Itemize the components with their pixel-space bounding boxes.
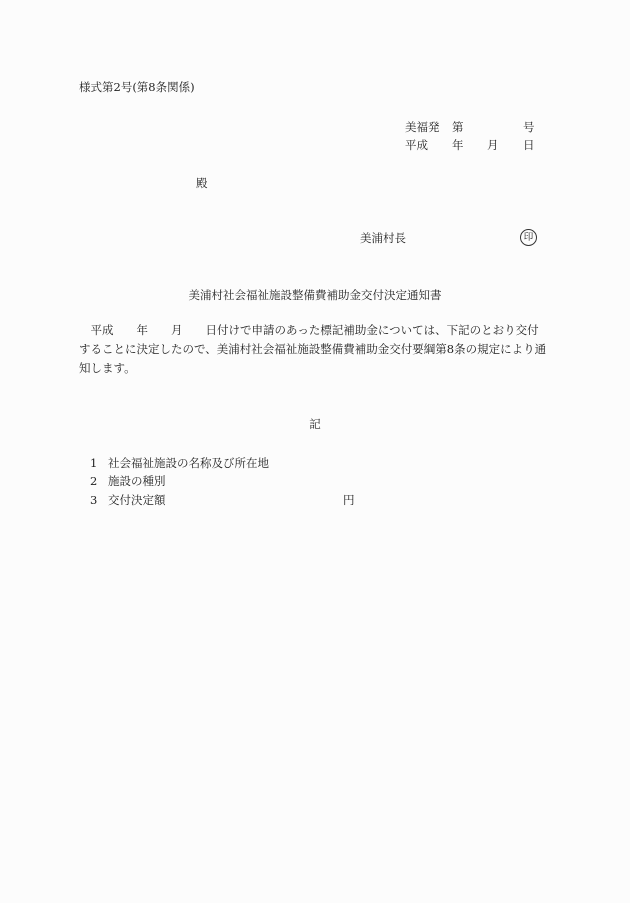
addressee-suffix: 殿: [196, 175, 208, 191]
body-line: 知します。: [79, 359, 551, 378]
item-label: 施設の種別: [108, 474, 166, 488]
yen-unit: 円: [343, 492, 355, 508]
year-unit: 年: [452, 137, 464, 153]
item-label: 交付決定額: [108, 493, 166, 507]
day-unit: 日: [523, 137, 535, 153]
item-label: 社会福祉施設の名称及び所在地: [108, 456, 269, 470]
form-label: 様式第2号(第8条関係): [79, 79, 195, 95]
issuer-code: 美福発: [405, 119, 440, 135]
seal-icon: 印: [520, 229, 537, 246]
item-number: 2: [90, 473, 108, 489]
body-line: 平成 年 月 日付けで申請のあった標記補助金については、下記のとおり交付: [79, 321, 551, 340]
list-item: 2施設の種別: [90, 473, 166, 489]
list-item: 1社会福祉施設の名称及び所在地: [90, 455, 269, 471]
era-label: 平成: [405, 137, 428, 153]
number-suffix: 号: [523, 119, 535, 135]
number-prefix: 第: [452, 119, 464, 135]
month-unit: 月: [487, 137, 499, 153]
item-number: 1: [90, 455, 108, 471]
document-title: 美浦村社会福祉施設整備費補助金交付決定通知書: [0, 287, 630, 303]
sender-title: 美浦村長: [360, 230, 406, 246]
list-item: 3交付決定額: [90, 492, 166, 508]
ki-heading: 記: [0, 416, 630, 432]
body-line: することに決定したので、美浦村社会福祉施設整備費補助金交付要綱第8条の規定により…: [79, 340, 551, 359]
item-number: 3: [90, 492, 108, 508]
body-paragraph: 平成 年 月 日付けで申請のあった標記補助金については、下記のとおり交付 するこ…: [79, 321, 551, 378]
